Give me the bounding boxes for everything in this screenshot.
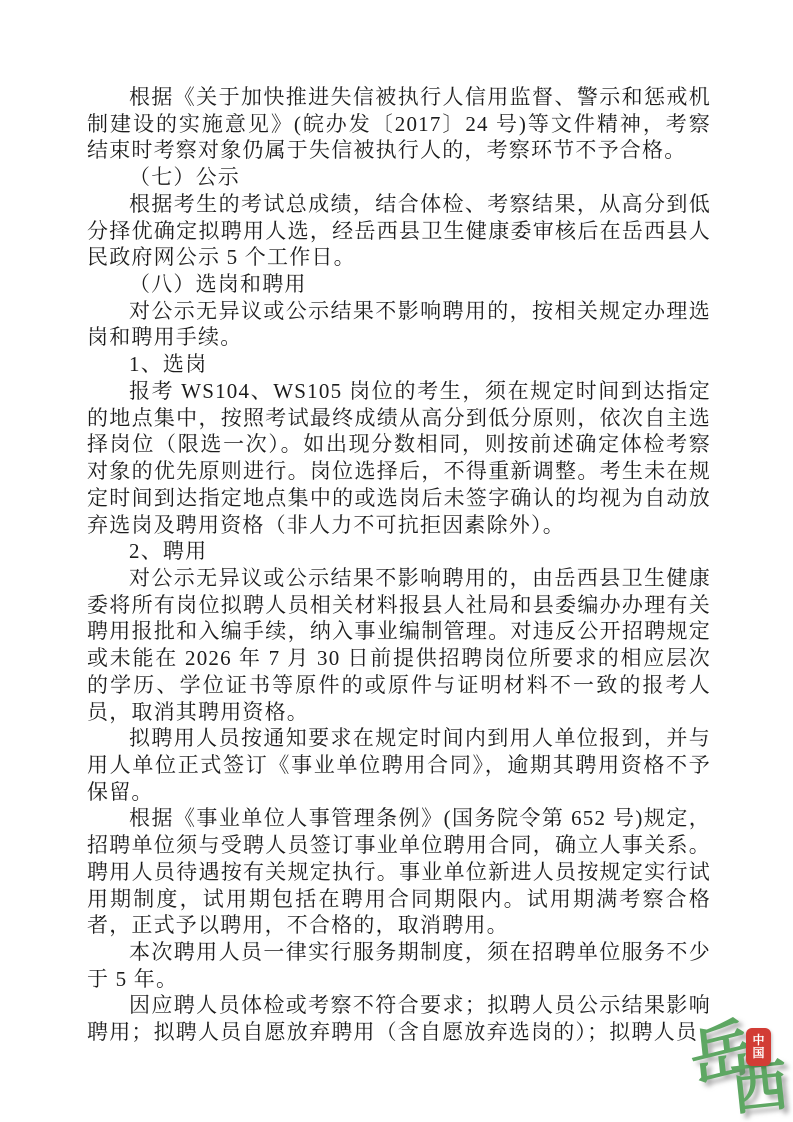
- paragraph: （七）公示: [87, 164, 711, 191]
- china-seal-stamp: 中 国: [746, 1028, 771, 1066]
- paragraph: 根据《事业单位人事管理条例》(国务院令第 652 号)规定，招聘单位须与受聘人员…: [87, 805, 711, 939]
- seal-char-top: 中: [752, 1034, 764, 1047]
- calligraphy-xi-character: 西: [729, 1058, 791, 1120]
- paragraph: 拟聘用人员按通知要求在规定时间内到用人单位报到，并与用人单位正式签订《事业单位聘…: [87, 725, 711, 805]
- paragraph: （八）选岗和聘用: [87, 271, 711, 298]
- document-page: 根据《关于加快推进失信被执行人信用监督、警示和惩戒机制建设的实施意见》(皖办发〔…: [0, 0, 793, 1122]
- paragraph: 对公示无异议或公示结果不影响聘用的，按相关规定办理选岗和聘用手续。: [87, 298, 711, 351]
- paragraph: 根据考生的考试总成绩，结合体检、考察结果，从高分到低分择优确定拟聘用人选，经岳西…: [87, 191, 711, 271]
- paragraph: 对公示无异议或公示结果不影响聘用的，由岳西县卫生健康委将所有岗位拟聘人员相关材料…: [87, 565, 711, 725]
- paragraph: 本次聘用人员一律实行服务期制度，须在招聘单位服务不少于 5 年。: [87, 939, 711, 992]
- paragraph: 1、选岗: [87, 351, 711, 378]
- paragraph: 因应聘人员体检或考察不符合要求；拟聘人员公示结果影响聘用；拟聘人员自愿放弃聘用（…: [87, 992, 711, 1045]
- paragraph: 2、聘用: [87, 538, 711, 565]
- document-text: 根据《关于加快推进失信被执行人信用监督、警示和惩戒机制建设的实施意见》(皖办发〔…: [87, 84, 711, 1046]
- paragraph: 报考 WS104、WS105 岗位的考生，须在规定时间到达指定的地点集中，按照考…: [87, 378, 711, 538]
- seal-char-bottom: 国: [752, 1047, 764, 1060]
- paragraph: 根据《关于加快推进失信被执行人信用监督、警示和惩戒机制建设的实施意见》(皖办发〔…: [87, 84, 711, 164]
